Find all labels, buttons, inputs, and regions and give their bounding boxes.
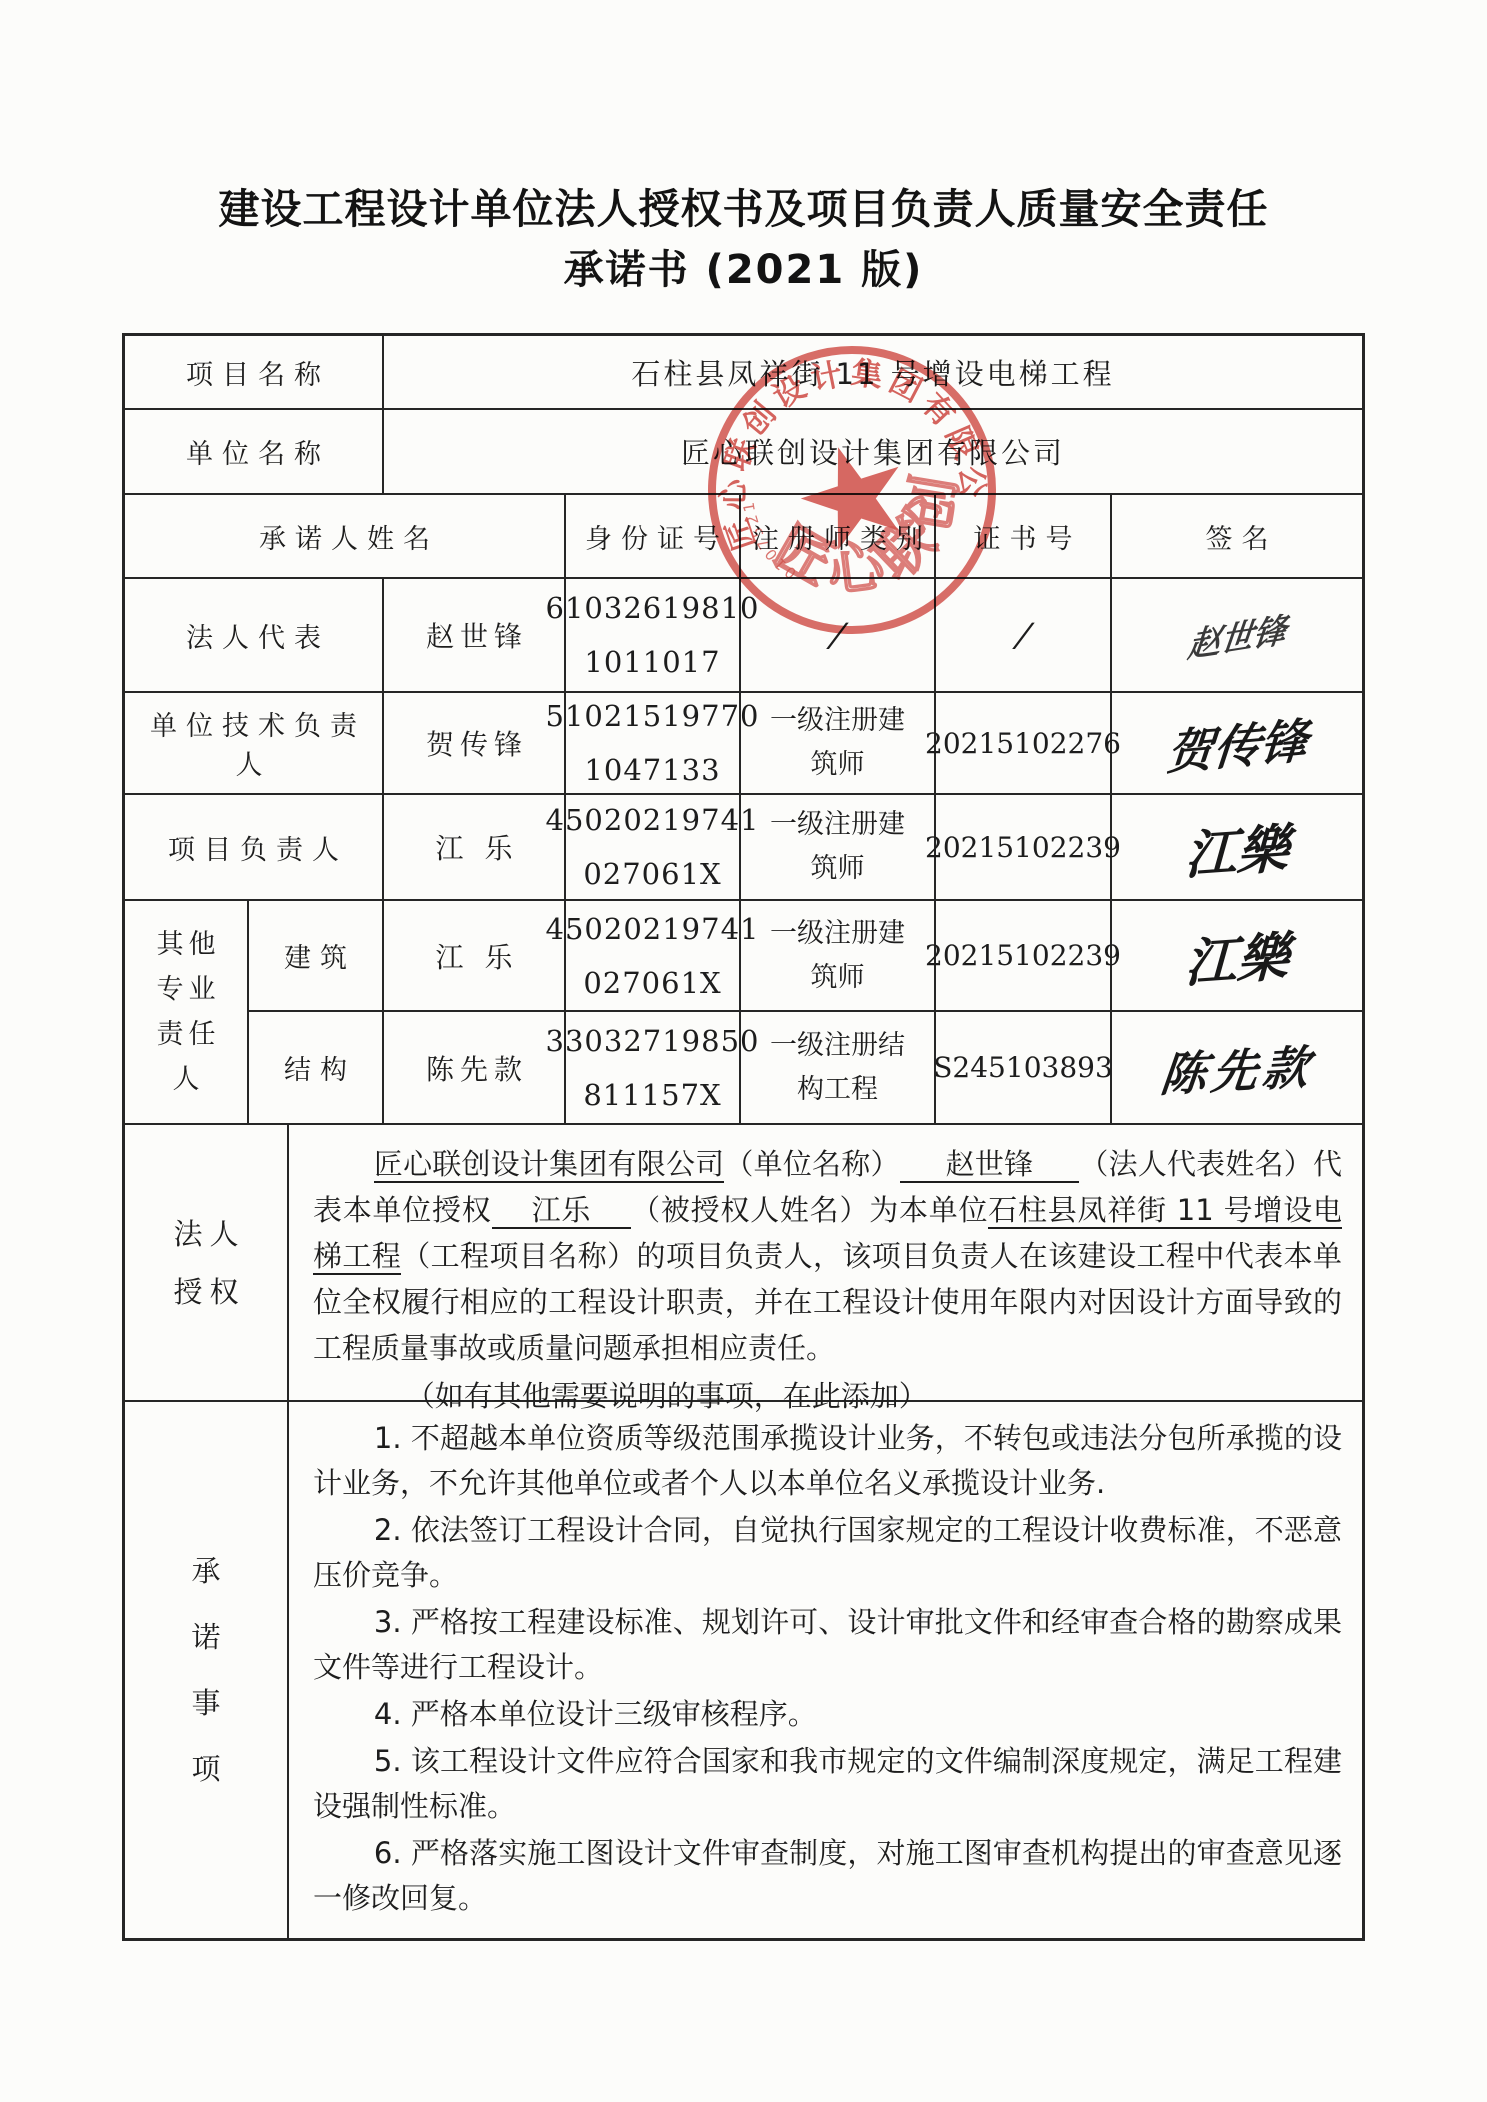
promiser-name: 江 乐	[384, 901, 566, 1010]
id-number-line2: 811157X	[583, 1068, 721, 1122]
column-header-cert-no: 证书号	[936, 495, 1112, 577]
id-number-line2: 027061X	[583, 847, 721, 901]
cert-no-value: 20215102239	[936, 901, 1112, 1010]
column-header-promiser: 承诺人姓名	[125, 495, 566, 577]
commitment-item: 3. 严格按工程建设标准、规划许可、设计审批文件和经审查合格的勘察成果文件等进行…	[313, 1600, 1342, 1690]
reg-type-value: 一级注册建筑师	[741, 693, 936, 793]
handwritten-signature: 陈先款	[1157, 1030, 1317, 1104]
commitments-text: 1. 不超越本单位资质等级范围承揽设计业务，不转包或违法分包所承揽的设计业务，不…	[289, 1402, 1362, 1938]
signature-cell: 贺传锋	[1112, 693, 1362, 793]
handwritten-signature: 江樂	[1184, 914, 1290, 997]
reg-type-value: 一级注册结构工程	[741, 1012, 936, 1123]
id-number-line1: 45020219741	[546, 902, 760, 956]
id-number-line1: 33032719850	[546, 1014, 760, 1068]
label-char: 承	[191, 1538, 220, 1604]
authorization-text: 匠心联创设计集团有限公司（单位名称）赵世锋（法人代表姓名）代表本单位授权江乐（被…	[289, 1125, 1362, 1400]
column-header-id: 身份证号	[566, 495, 741, 577]
id-number-line1: 45020219741	[546, 793, 760, 847]
company-name-filled: 匠心联创设计集团有限公司	[374, 1147, 725, 1183]
cert-no-value: /	[1013, 616, 1033, 654]
label-line: 法人	[166, 1205, 245, 1263]
row-unit-name: 单位名称 匠心联创设计集团有限公司	[125, 410, 1362, 495]
authorized-person-filled: 江乐	[492, 1193, 632, 1229]
cert-no-value: S245103893	[936, 1012, 1112, 1123]
person-suffix: （被授权人姓名）为本单位	[631, 1193, 988, 1227]
company-suffix: （单位名称）	[724, 1147, 899, 1181]
role-label: 项目负责人	[125, 795, 384, 899]
document-title-line2: 承诺书 (2021 版)	[0, 238, 1487, 295]
handwritten-signature: 贺传锋	[1164, 703, 1310, 783]
label-line: 专业	[152, 967, 221, 1012]
authorization-paragraph: 匠心联创设计集团有限公司（单位名称）赵世锋（法人代表姓名）代表本单位授权江乐（被…	[313, 1141, 1342, 1371]
project-name-label: 项目名称	[125, 336, 384, 408]
reg-type-value: 一级注册建筑师	[741, 901, 936, 1010]
row-commitments: 承 诺 事 项 1. 不超越本单位资质等级范围承揽设计业务，不转包或违法分包所承…	[125, 1402, 1362, 1938]
label-line: 责任	[152, 1012, 221, 1057]
reg-type-value: /	[827, 616, 847, 654]
handwritten-signature: 江樂	[1184, 806, 1290, 889]
column-header-signature: 签名	[1112, 495, 1362, 577]
row-specialty-structure: 结构 陈先款 33032719850 811157X 一级注册结构工程 S245…	[249, 1012, 1362, 1123]
promiser-name: 赵世锋	[384, 579, 566, 691]
row-project-name: 项目名称 石柱县凤祥街 11 号增设电梯工程	[125, 336, 1362, 410]
document-title-line1: 建设工程设计单位法人授权书及项目负责人质量安全责任	[0, 176, 1487, 235]
row-specialty-architecture: 建筑 江 乐 45020219741 027061X 一级注册建筑师 20215…	[249, 901, 1362, 1012]
id-number: 61032619810 1011017	[566, 579, 741, 691]
row-project-leader: 项目负责人 江 乐 45020219741 027061X 一级注册建筑师 20…	[125, 795, 1362, 901]
label-char: 诺	[191, 1604, 220, 1670]
form-table: 项目名称 石柱县凤祥街 11 号增设电梯工程 单位名称 匠心联创设计集团有限公司…	[122, 333, 1365, 1941]
id-number: 51021519770 1047133	[566, 693, 741, 793]
reg-type-cell: /	[741, 579, 936, 691]
unit-name-value: 匠心联创设计集团有限公司	[384, 410, 1362, 493]
authorization-label: 法人 授权	[125, 1125, 289, 1400]
handwritten-signature: 赵世锋	[1185, 603, 1289, 667]
commitment-item: 6. 严格落实施工图设计文件审查制度，对施工图审查机构提出的审查意见逐一修改回复…	[313, 1831, 1342, 1921]
id-number-line2: 1011017	[584, 635, 720, 689]
promiser-name: 贺传锋	[384, 693, 566, 793]
column-header-reg-type: 注册师类别	[741, 495, 936, 577]
id-number: 45020219741 027061X	[566, 901, 741, 1010]
other-specialists-label: 其他 专业 责任 人	[125, 901, 249, 1123]
id-number: 33032719850 811157X	[566, 1012, 741, 1123]
signature-cell: 江樂	[1112, 901, 1362, 1010]
signature-cell: 陈先款	[1112, 1012, 1362, 1123]
legal-rep-filled: 赵世锋	[900, 1147, 1080, 1183]
commitment-item: 1. 不超越本单位资质等级范围承揽设计业务，不转包或违法分包所承揽的设计业务，不…	[313, 1416, 1342, 1506]
id-number-line1: 61032619810	[546, 581, 760, 635]
commitment-item: 5. 该工程设计文件应符合国家和我市规定的文件编制深度规定，满足工程建设强制性标…	[313, 1739, 1342, 1829]
row-technical-director: 单位技术负责人 贺传锋 51021519770 1047133 一级注册建筑师 …	[125, 693, 1362, 795]
commitment-item: 2. 依法签订工程设计合同，自觉执行国家规定的工程设计收费标准，不恶意压价竞争。	[313, 1508, 1342, 1598]
id-number: 45020219741 027061X	[566, 795, 741, 899]
project-name-value: 石柱县凤祥街 11 号增设电梯工程	[384, 336, 1362, 408]
label-line: 其他	[152, 922, 221, 967]
promiser-name: 陈先款	[384, 1012, 566, 1123]
signature-cell: 江樂	[1112, 795, 1362, 899]
promiser-name: 江 乐	[384, 795, 566, 899]
reg-type-value: 一级注册建筑师	[741, 795, 936, 899]
row-column-headers: 承诺人姓名 身份证号 注册师类别 证书号 签名	[125, 495, 1362, 579]
label-char: 事	[191, 1670, 220, 1736]
specialty-label: 建筑	[249, 901, 384, 1010]
label-char: 项	[191, 1736, 220, 1802]
commitment-item: 4. 严格本单位设计三级审核程序。	[313, 1692, 1342, 1737]
other-specialists-rows: 建筑 江 乐 45020219741 027061X 一级注册建筑师 20215…	[249, 901, 1362, 1123]
row-legal-authorization: 法人 授权 匠心联创设计集团有限公司（单位名称）赵世锋（法人代表姓名）代表本单位…	[125, 1125, 1362, 1402]
id-number-line2: 1047133	[584, 743, 720, 797]
cert-no-cell: /	[936, 579, 1112, 691]
label-line: 人	[168, 1057, 205, 1102]
cert-no-value: 20215102239	[936, 795, 1112, 899]
unit-name-label: 单位名称	[125, 410, 384, 493]
label-line: 授权	[166, 1263, 245, 1321]
specialty-label: 结构	[249, 1012, 384, 1123]
cert-no-value: 20215102276	[936, 693, 1112, 793]
row-legal-representative: 法人代表 赵世锋 61032619810 1011017 / / 赵世锋	[125, 579, 1362, 693]
id-number-line1: 51021519770	[546, 689, 760, 743]
scanned-document-page: 建设工程设计单位法人授权书及项目负责人质量安全责任 承诺书 (2021 版) 项…	[0, 0, 1487, 2102]
role-label: 法人代表	[125, 579, 384, 691]
signature-cell: 赵世锋	[1112, 579, 1362, 691]
role-label: 单位技术负责人	[125, 693, 384, 793]
commitments-label: 承 诺 事 项	[125, 1402, 289, 1938]
authorization-body: （工程项目名称）的项目负责人，该项目负责人在该建设工程中代表本单位全权履行相应的…	[313, 1239, 1342, 1365]
row-group-other-specialists: 其他 专业 责任 人 建筑 江 乐 45020219741 027061X 一级…	[125, 901, 1362, 1125]
id-number-line2: 027061X	[583, 956, 721, 1010]
